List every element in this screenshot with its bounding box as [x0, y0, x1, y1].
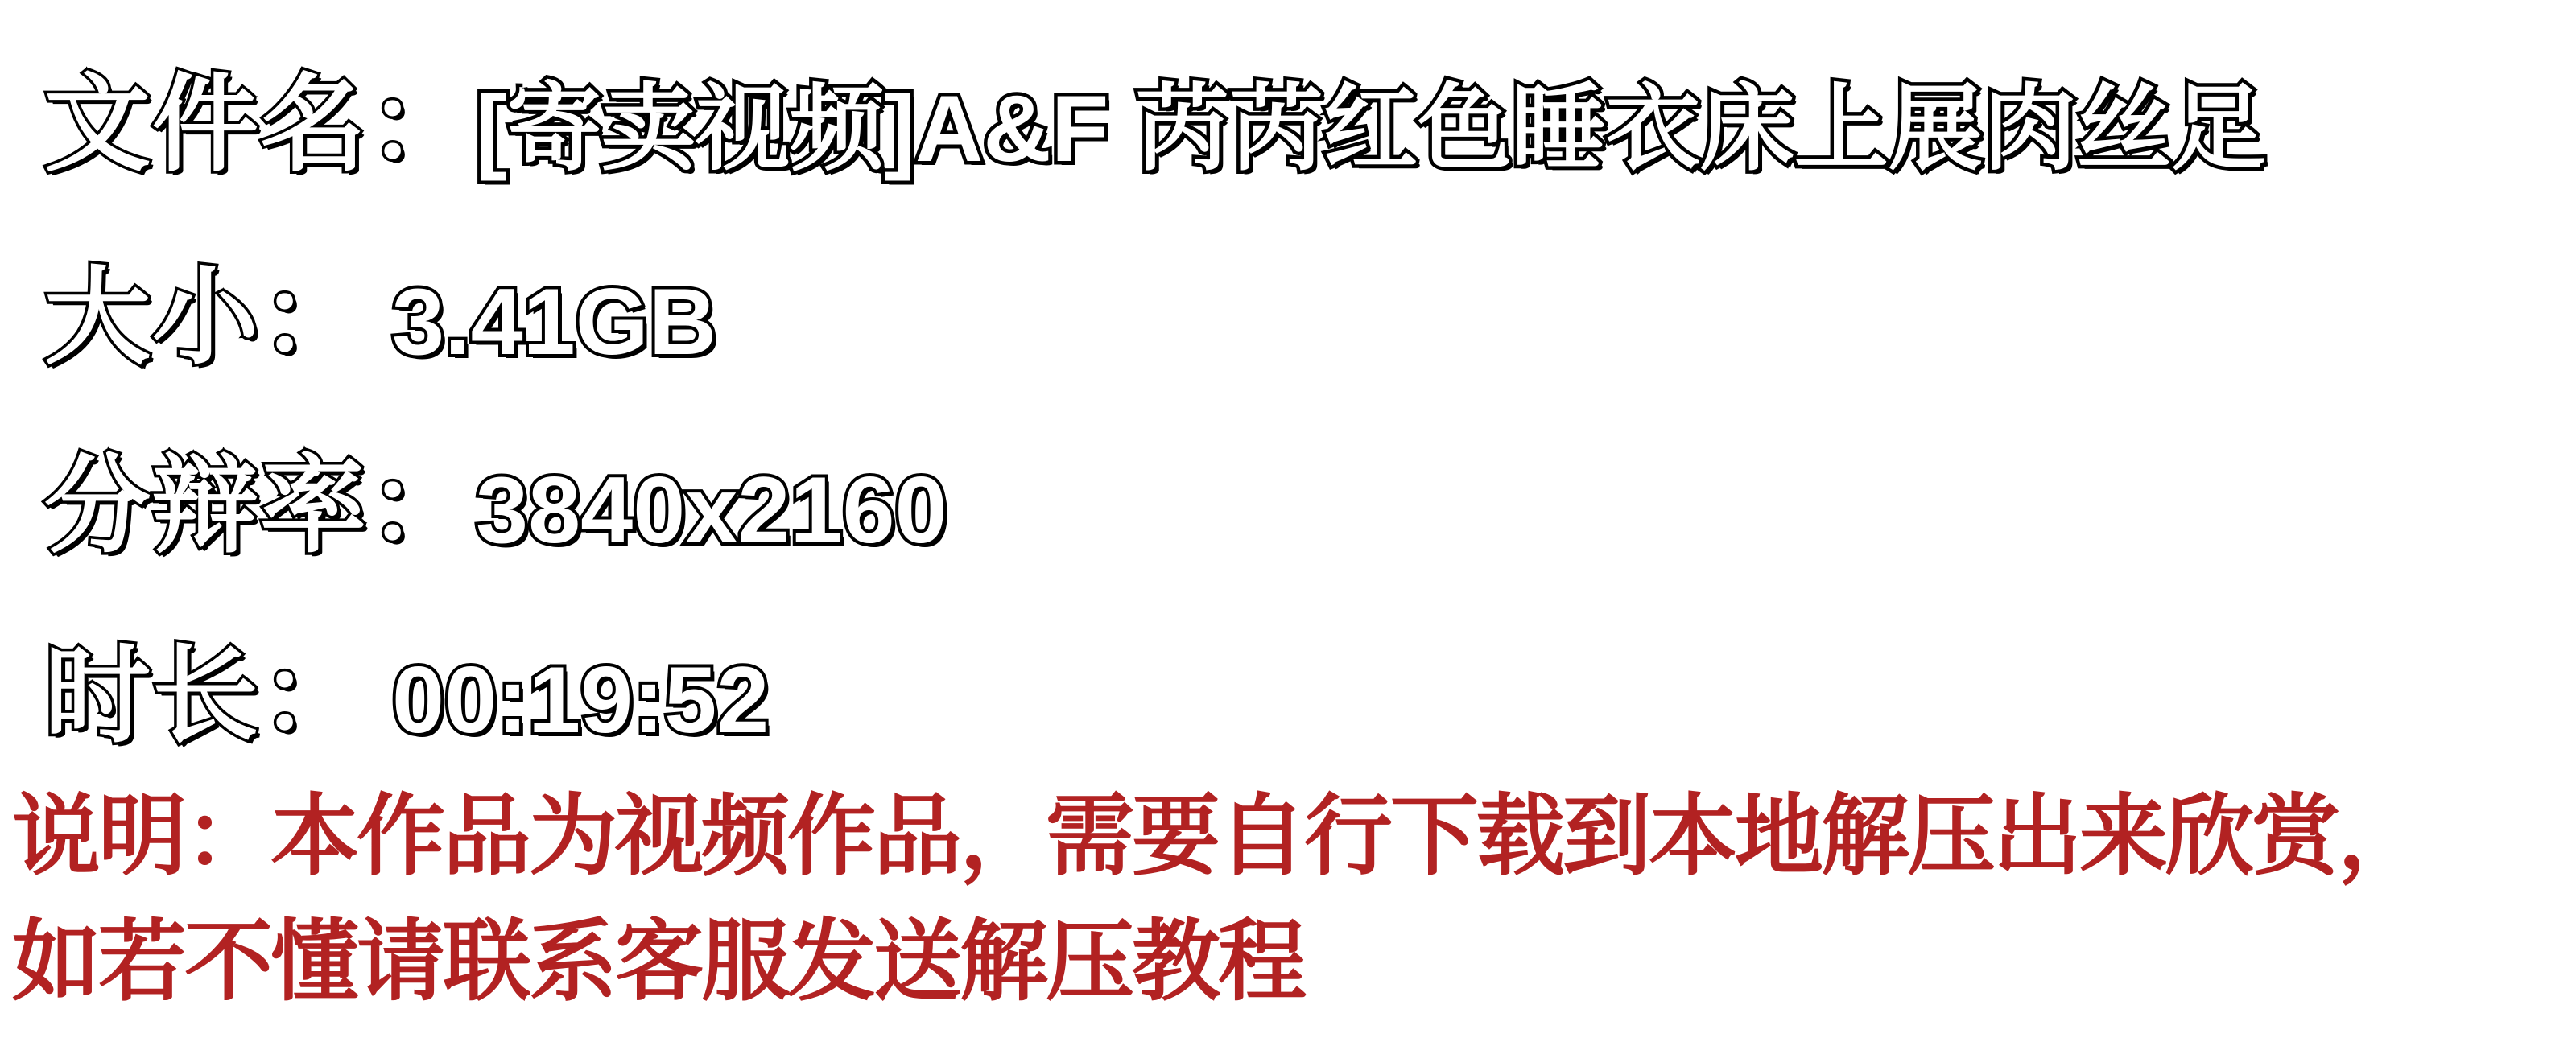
notice-line-1: 说明：本作品为视频作品，需要自行下载到本地解压出来欣赏，	[12, 774, 2424, 900]
resolution-label: 分辩率：	[44, 447, 476, 565]
size-value: 3.41GB	[392, 269, 716, 374]
filename-value: [寄卖视频]A&F 芮芮红色睡衣床上展肉丝足	[476, 76, 2265, 181]
duration-label: 时长：	[44, 636, 368, 755]
field-filename: 文件名：[寄卖视频]A&F 芮芮红色睡衣床上展肉丝足	[44, 39, 2265, 191]
field-duration: 时长：00:19:52	[44, 610, 769, 763]
size-label: 大小：	[44, 258, 368, 377]
notice-line-2: 如若不懂请联系客服发送解压教程	[12, 900, 2424, 1025]
file-info-panel: 文件名：[寄卖视频]A&F 芮芮红色睡衣床上展肉丝足 大小：3.41GB 分辩率…	[0, 0, 2576, 1046]
field-resolution: 分辩率：3840x2160	[44, 420, 947, 573]
field-size: 大小：3.41GB	[44, 232, 716, 385]
resolution-value: 3840x2160	[476, 457, 947, 562]
notice-text: 说明：本作品为视频作品，需要自行下载到本地解压出来欣赏， 如若不懂请联系客服发送…	[12, 774, 2424, 1025]
duration-value: 00:19:52	[392, 647, 769, 752]
filename-label: 文件名：	[44, 65, 476, 183]
